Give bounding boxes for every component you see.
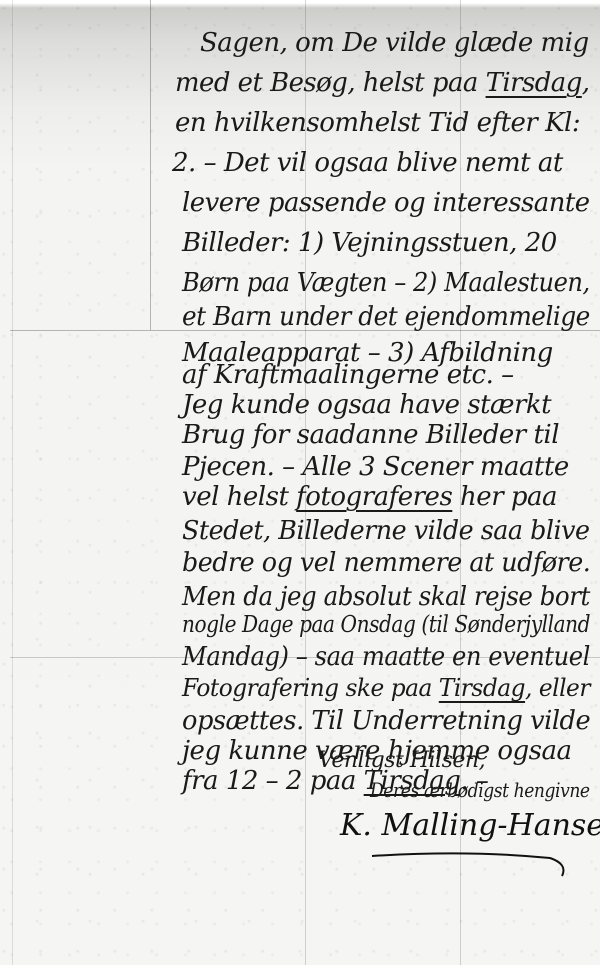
paper-top-edge xyxy=(0,0,600,8)
letter-line-12: Brug for saadanne Billeder til xyxy=(182,420,559,450)
letter-line-8: et Barn under det ejendommelige xyxy=(182,302,590,332)
letter-line-16: bedre og vel nemmere at udføre. xyxy=(182,548,590,578)
scanned-letter-page: Sagen, om De vilde glæde mig med et Besø… xyxy=(0,0,600,965)
letter-line-13: Pjecen. – Alle 3 Scener maatte xyxy=(182,452,569,482)
letter-line-1: Sagen, om De vilde glæde mig xyxy=(200,28,589,58)
underlined-word: Tirsdag xyxy=(439,674,525,702)
letter-line-21: opsættes. Til Underretning vilde xyxy=(182,706,590,736)
letter-line-15: Stedet, Billederne vilde saa blive xyxy=(182,516,590,546)
fold-line-vertical-edge xyxy=(12,0,13,965)
letter-line-6: Billeder: 1) Vejningsstuen, 20 xyxy=(182,228,557,258)
letter-line-17: Men da jeg absolut skal rejse bort xyxy=(182,582,590,612)
letter-line-4: 2. – Det vil ogsaa blive nemt at xyxy=(172,148,563,178)
letter-line-19: Mandag) – saa maatte en eventuel xyxy=(182,642,590,672)
underlined-word: Tirsdag xyxy=(486,68,582,98)
letter-line-3: en hvilkensomhelst Tid efter Kl: xyxy=(175,108,580,138)
signature: K. Malling-Hansen xyxy=(340,808,600,843)
letter-line-14: vel helst fotograferes her paa xyxy=(182,482,557,512)
letter-line-2-text: med et Besøg, helst paa Tirsdag, xyxy=(175,68,590,98)
underlined-word: fotograferes xyxy=(296,482,452,512)
letter-line-11: Jeg kunde ogsaa have stærkt xyxy=(182,390,551,420)
fold-line-vertical-left xyxy=(150,0,151,330)
letter-closing-2: Deres ærbødigst hengivne xyxy=(370,778,590,802)
letter-line-10: af Kraftmaalingerne etc. – xyxy=(182,360,514,390)
letter-line-7: Børn paa Vægten – 2) Maalestuen, xyxy=(182,268,590,298)
letter-line-20: Fotografering ske paa Tirsdag, eller xyxy=(182,674,590,702)
letter-line-18: nogle Dage paa Onsdag (til Sønderjylland xyxy=(182,612,590,638)
letter-line-5: levere passende og interessante xyxy=(182,188,590,218)
letter-line-2: med et Besøg, helst paa Tirsdag, xyxy=(175,68,590,98)
letter-closing: Venligst Hilsen, xyxy=(318,748,485,773)
signature-flourish xyxy=(370,848,570,878)
